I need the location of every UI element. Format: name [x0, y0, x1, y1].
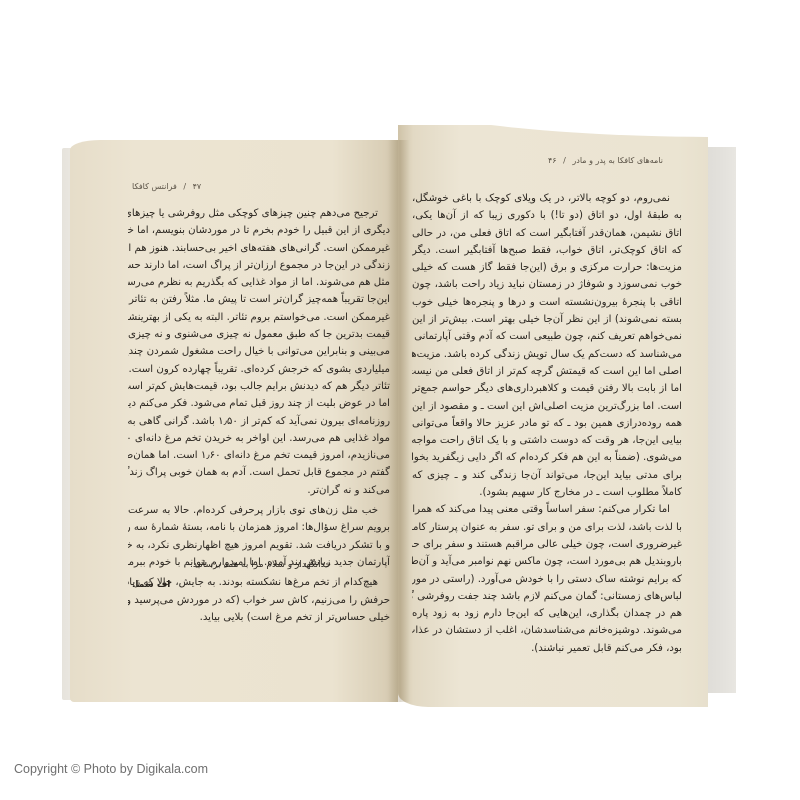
photo-copyright-caption: Copyright © Photo by Digikala.com: [14, 762, 208, 776]
text-line: و با تشکر دریافت شد. تقویم امروز هیچ اظه…: [128, 537, 390, 554]
text-line: با لذت باشد، لذت برای من و برای تو. سفر …: [412, 519, 682, 536]
right-running-head-title: نامه‌های کافکا به پدر و مادر: [572, 156, 663, 165]
text-line: که اتاق کوچک‌تر، اتاق خواب، فقط صبح‌ها آ…: [412, 242, 682, 259]
text-line: اما تکرار می‌کنم: سفر اساساً وقتی معنی پ…: [412, 501, 682, 518]
book-photo: ۴۷ / فرانتس کافکا نامه‌های کافکا به پدر …: [0, 0, 800, 800]
text-line: غیرممکن است. گرانی‌های هفته‌های اخیر بی‌…: [128, 240, 390, 257]
text-line: نمی‌خواهم تعریف کنم، چون طبیعی است که آد…: [412, 328, 682, 345]
running-head-separator: /: [183, 182, 186, 191]
right-page-number: ۴۶: [548, 156, 557, 165]
text-line: اما از بابت بالا رفتن قیمت و کلاهبرداری‌…: [412, 380, 682, 397]
running-head-separator: /: [563, 156, 566, 165]
text-line: زندگی در این‌جا در مجموع ارزان‌تر از پرا…: [128, 257, 390, 274]
right-running-head: نامه‌های کافکا به پدر و مادر / ۴۶: [548, 156, 663, 165]
text-line: می‌شناسد که دست‌کم یک سال تویش زندگی کرد…: [412, 346, 682, 363]
text-line: خوب نمی‌سوزد و شوفاژ در زمستان نباید زیا…: [412, 276, 682, 293]
text-line: مواد غذایی هم می‌رسد. این اواخر به خریدن…: [128, 430, 390, 447]
text-line: می‌شوی. (ضمناً به این هم فکر کرده‌ام که …: [412, 449, 682, 466]
text-line: مثل هم می‌شوند. اما از مواد غذایی که بگذ…: [128, 274, 390, 291]
text-line: ترجیح می‌دهم چنین چیزهای کوچکی مثل روفرش…: [128, 205, 390, 222]
text-line: خب مثل زن‌های توی بازار پرحرفی کرده‌ام. …: [128, 502, 390, 519]
text-line: است. اما بزرگ‌ترین مزیت اصلی‌اش این است …: [412, 398, 682, 415]
text-line: تئاتر دیگر هم که دیدنش برایم جالب بود، ق…: [128, 378, 390, 395]
text-line: می‌نازیدم، امروز قیمت تخم مرغ دانه‌ای ۱٫…: [128, 447, 390, 464]
text-line: گفتم در مجموع قابل تحمل است. آدم به همان…: [128, 464, 390, 481]
letter-closing: خدانگهدار و سلام مرا به همه برسانید.: [190, 560, 331, 570]
text-line: همه روده‌درازی همین بود ـ که تو مادر عزی…: [412, 415, 682, 432]
text-line: به طبقهٔ اول، دو اتاق (دو تا!) با دکوری …: [412, 207, 682, 224]
text-line: هم در چمدان بگذاری، این‌هایی که این‌جا د…: [412, 605, 682, 622]
text-line: بیایی این‌جا، هر وقت که دوست داشتی و با …: [412, 432, 682, 449]
text-line: خیلی حساس‌تر از تخم مرغ است) بلایی بیاید…: [128, 609, 390, 626]
text-line: حرفش را می‌زنیم، کاش سر خواب (که در مورد…: [128, 592, 390, 609]
text-line: که برایم نوشته ساک دستی را با خودش می‌آو…: [412, 571, 682, 588]
text-line: اصلی اما این است که قیمتش گرچه کم‌تر از …: [412, 363, 682, 380]
text-line: برای مدتی بیاید این‌جا، می‌تواند آن‌جا ز…: [412, 467, 682, 484]
text-line: غیرممکن است. می‌خواستم بروم تئاتر. البته…: [128, 309, 390, 326]
letter-signature: اف شما.: [132, 580, 170, 590]
text-line: این‌جا تقریباً همه‌چیز گران‌تر است تا پی…: [128, 291, 390, 308]
text-line: نمی‌روم، دو کوچه بالاتر، در یک ویلای کوچ…: [412, 190, 682, 207]
text-line: دیگری از این قبیل را خودم بخرم تا در مور…: [128, 222, 390, 239]
text-line: اتاق نشیمن، همان‌قدر آفتابگیر است که اتا…: [412, 225, 682, 242]
text-line: می‌بینی و بنابراین می‌توانی با خیال راحت…: [128, 343, 390, 360]
text-line: غیرضروری است، چون خیلی عالی مراقبم هستند…: [412, 536, 682, 553]
left-running-head: ۴۷ / فرانتس کافکا: [132, 182, 201, 191]
text-line: اتاقی با پنجرهٔ بیرون‌نشسته است و درها و…: [412, 294, 682, 311]
text-line: کاملاً مطلوب است ـ در مخارج کار سهیم بشو…: [412, 484, 682, 501]
text-line: بسته نمی‌شوند) از این نظر آن‌جا خیلی بهت…: [412, 311, 682, 328]
text-line: اما در عوض بلیت از چند روز قبل تمام می‌ش…: [128, 395, 390, 412]
text-line: قیمت بدترین جا که طبق معمول نه چیزی می‌ش…: [128, 326, 390, 343]
text-line: باروبندیل هم بی‌مورد است، چون ماکس نهم ن…: [412, 553, 682, 570]
right-page-body-text: نمی‌روم، دو کوچه بالاتر، در یک ویلای کوچ…: [412, 190, 682, 657]
text-line: برویم سراغ سؤال‌ها: امروز همزمان با نامه…: [128, 519, 390, 536]
text-line: می‌کند و نه گران‌تر.: [128, 482, 390, 499]
left-page-number: ۴۷: [193, 182, 202, 191]
text-line: روزنامه‌ای بیرون نمی‌آید که کم‌تر از ۱٫۵…: [128, 413, 390, 430]
left-running-head-title: فرانتس کافکا: [132, 182, 177, 191]
text-line: می‌شوند. دوشیزه‌خانم می‌شناسدشان، اغلب ا…: [412, 622, 682, 639]
text-line: بود، فکر می‌کنم قابل تعمیر نباشند).: [412, 640, 682, 657]
text-line: مزیت‌ها: حرارت مرکزی و برق (این‌جا فقط گ…: [412, 259, 682, 276]
text-line: لباس‌های زمستانی: گمان می‌کنم لازم باشد …: [412, 588, 682, 605]
text-line: میلیاردی بشوی که خرجش کرده‌ای. تقریباً چ…: [128, 361, 390, 378]
